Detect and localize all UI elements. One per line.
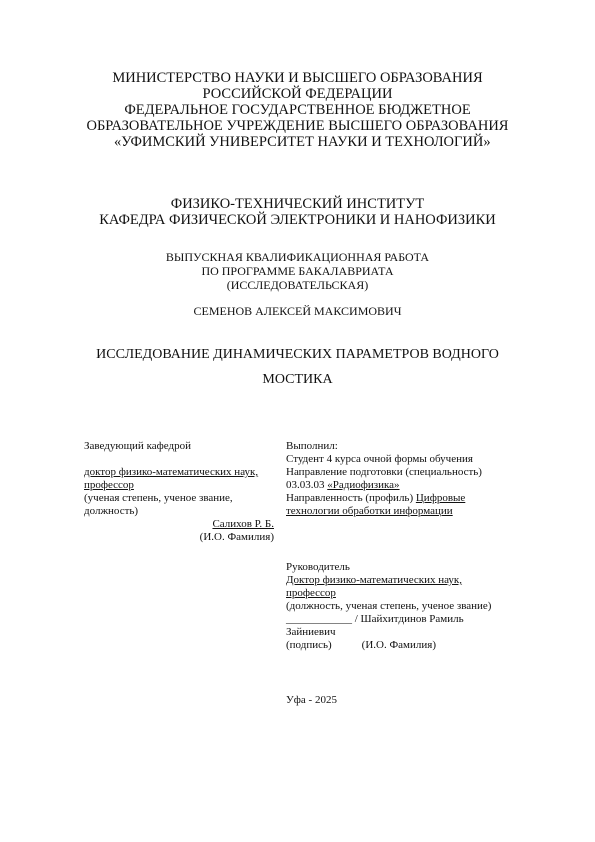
institute-name: ФИЗИКО-ТЕХНИЧЕСКИЙ ИНСТИТУТ [0, 196, 595, 212]
head-of-department-block: Заведующий кафедрой доктор физико-матема… [84, 440, 274, 544]
head-degree-line-1: доктор физико-математических наук, [84, 466, 274, 479]
head-name-hint: (И.О. Фамилия) [200, 531, 274, 543]
program-code: 03.03.03 [286, 479, 325, 491]
supervisor-name-part-1: / Шайхитдинов Рамиль [355, 613, 464, 625]
performer-label: Выполнил: [286, 440, 526, 453]
supervisor-degree-line-2: профессор [286, 587, 526, 600]
university-name: «УФИМСКИЙ УНИВЕРСИТЕТ НАУКИ И ТЕХНОЛОГИЙ… [114, 134, 491, 150]
author-name: СЕМЕНОВ АЛЕКСЕЙ МАКСИМОВИЧ [0, 304, 595, 318]
city-year: Уфа - 2025 [286, 694, 337, 707]
profile-part-1: Цифровые [416, 492, 465, 504]
ministry-line-2: РОССИЙСКОЙ ФЕДЕРАЦИИ [0, 86, 595, 102]
ministry-line-4: ОБРАЗОВАТЕЛЬНОЕ УЧРЕЖДЕНИЕ ВЫСШЕГО ОБРАЗ… [0, 118, 595, 134]
department-name: КАФЕДРА ФИЗИЧЕСКОЙ ЭЛЕКТРОНИКИ И НАНОФИЗ… [0, 212, 595, 228]
supervisor-block: Руководитель Доктор физико-математически… [286, 561, 526, 652]
performer-block: Выполнил: Студент 4 курса очной формы об… [286, 440, 526, 518]
program-name: «Радиофизика» [327, 479, 399, 491]
supervisor-name-part-2: Зайниевич [286, 626, 526, 639]
supervisor-hint: (должность, ученая степень, ученое звани… [286, 600, 526, 613]
head-hint-line-1: (ученая степень, ученое звание, [84, 492, 274, 505]
work-type-line-2: ПО ПРОГРАММЕ БАКАЛАВРИАТА [0, 264, 595, 278]
head-hint-line-2: должность) [84, 505, 274, 518]
supervisor-degree-line-1: Доктор физико-математических наук, [286, 574, 526, 587]
signature-hint: (подпись) [286, 639, 332, 651]
performer-line-2: Направление подготовки (специальность) [286, 466, 526, 479]
performer-line-1: Студент 4 курса очной формы обучения [286, 453, 526, 466]
supervisor-label: Руководитель [286, 561, 526, 574]
profile-part-2: технологии обработки информации [286, 505, 526, 518]
head-degree-line-2: профессор [84, 479, 274, 492]
work-type-line-1: ВЫПУСКНАЯ КВАЛИФИКАЦИОННАЯ РАБОТА [0, 250, 595, 264]
ministry-line-3: ФЕДЕРАЛЬНОЕ ГОСУДАРСТВЕННОЕ БЮДЖЕТНОЕ [0, 102, 595, 118]
supervisor-name-hint: (И.О. Фамилия) [362, 639, 436, 651]
profile-label: Направленность (профиль) [286, 492, 413, 504]
signature-blank: ____________ [286, 613, 352, 625]
work-type-line-3: (ИССЛЕДОВАТЕЛЬСКАЯ) [0, 278, 595, 292]
head-label: Заведующий кафедрой [84, 440, 274, 453]
thesis-title-line-2: МОСТИКА [0, 372, 595, 388]
head-name: Салихов Р. Б. [212, 518, 274, 530]
ministry-line-1: МИНИСТЕРСТВО НАУКИ И ВЫСШЕГО ОБРАЗОВАНИЯ [0, 70, 595, 86]
thesis-title-line-1: ИССЛЕДОВАНИЕ ДИНАМИЧЕСКИХ ПАРАМЕТРОВ ВОД… [0, 347, 595, 363]
